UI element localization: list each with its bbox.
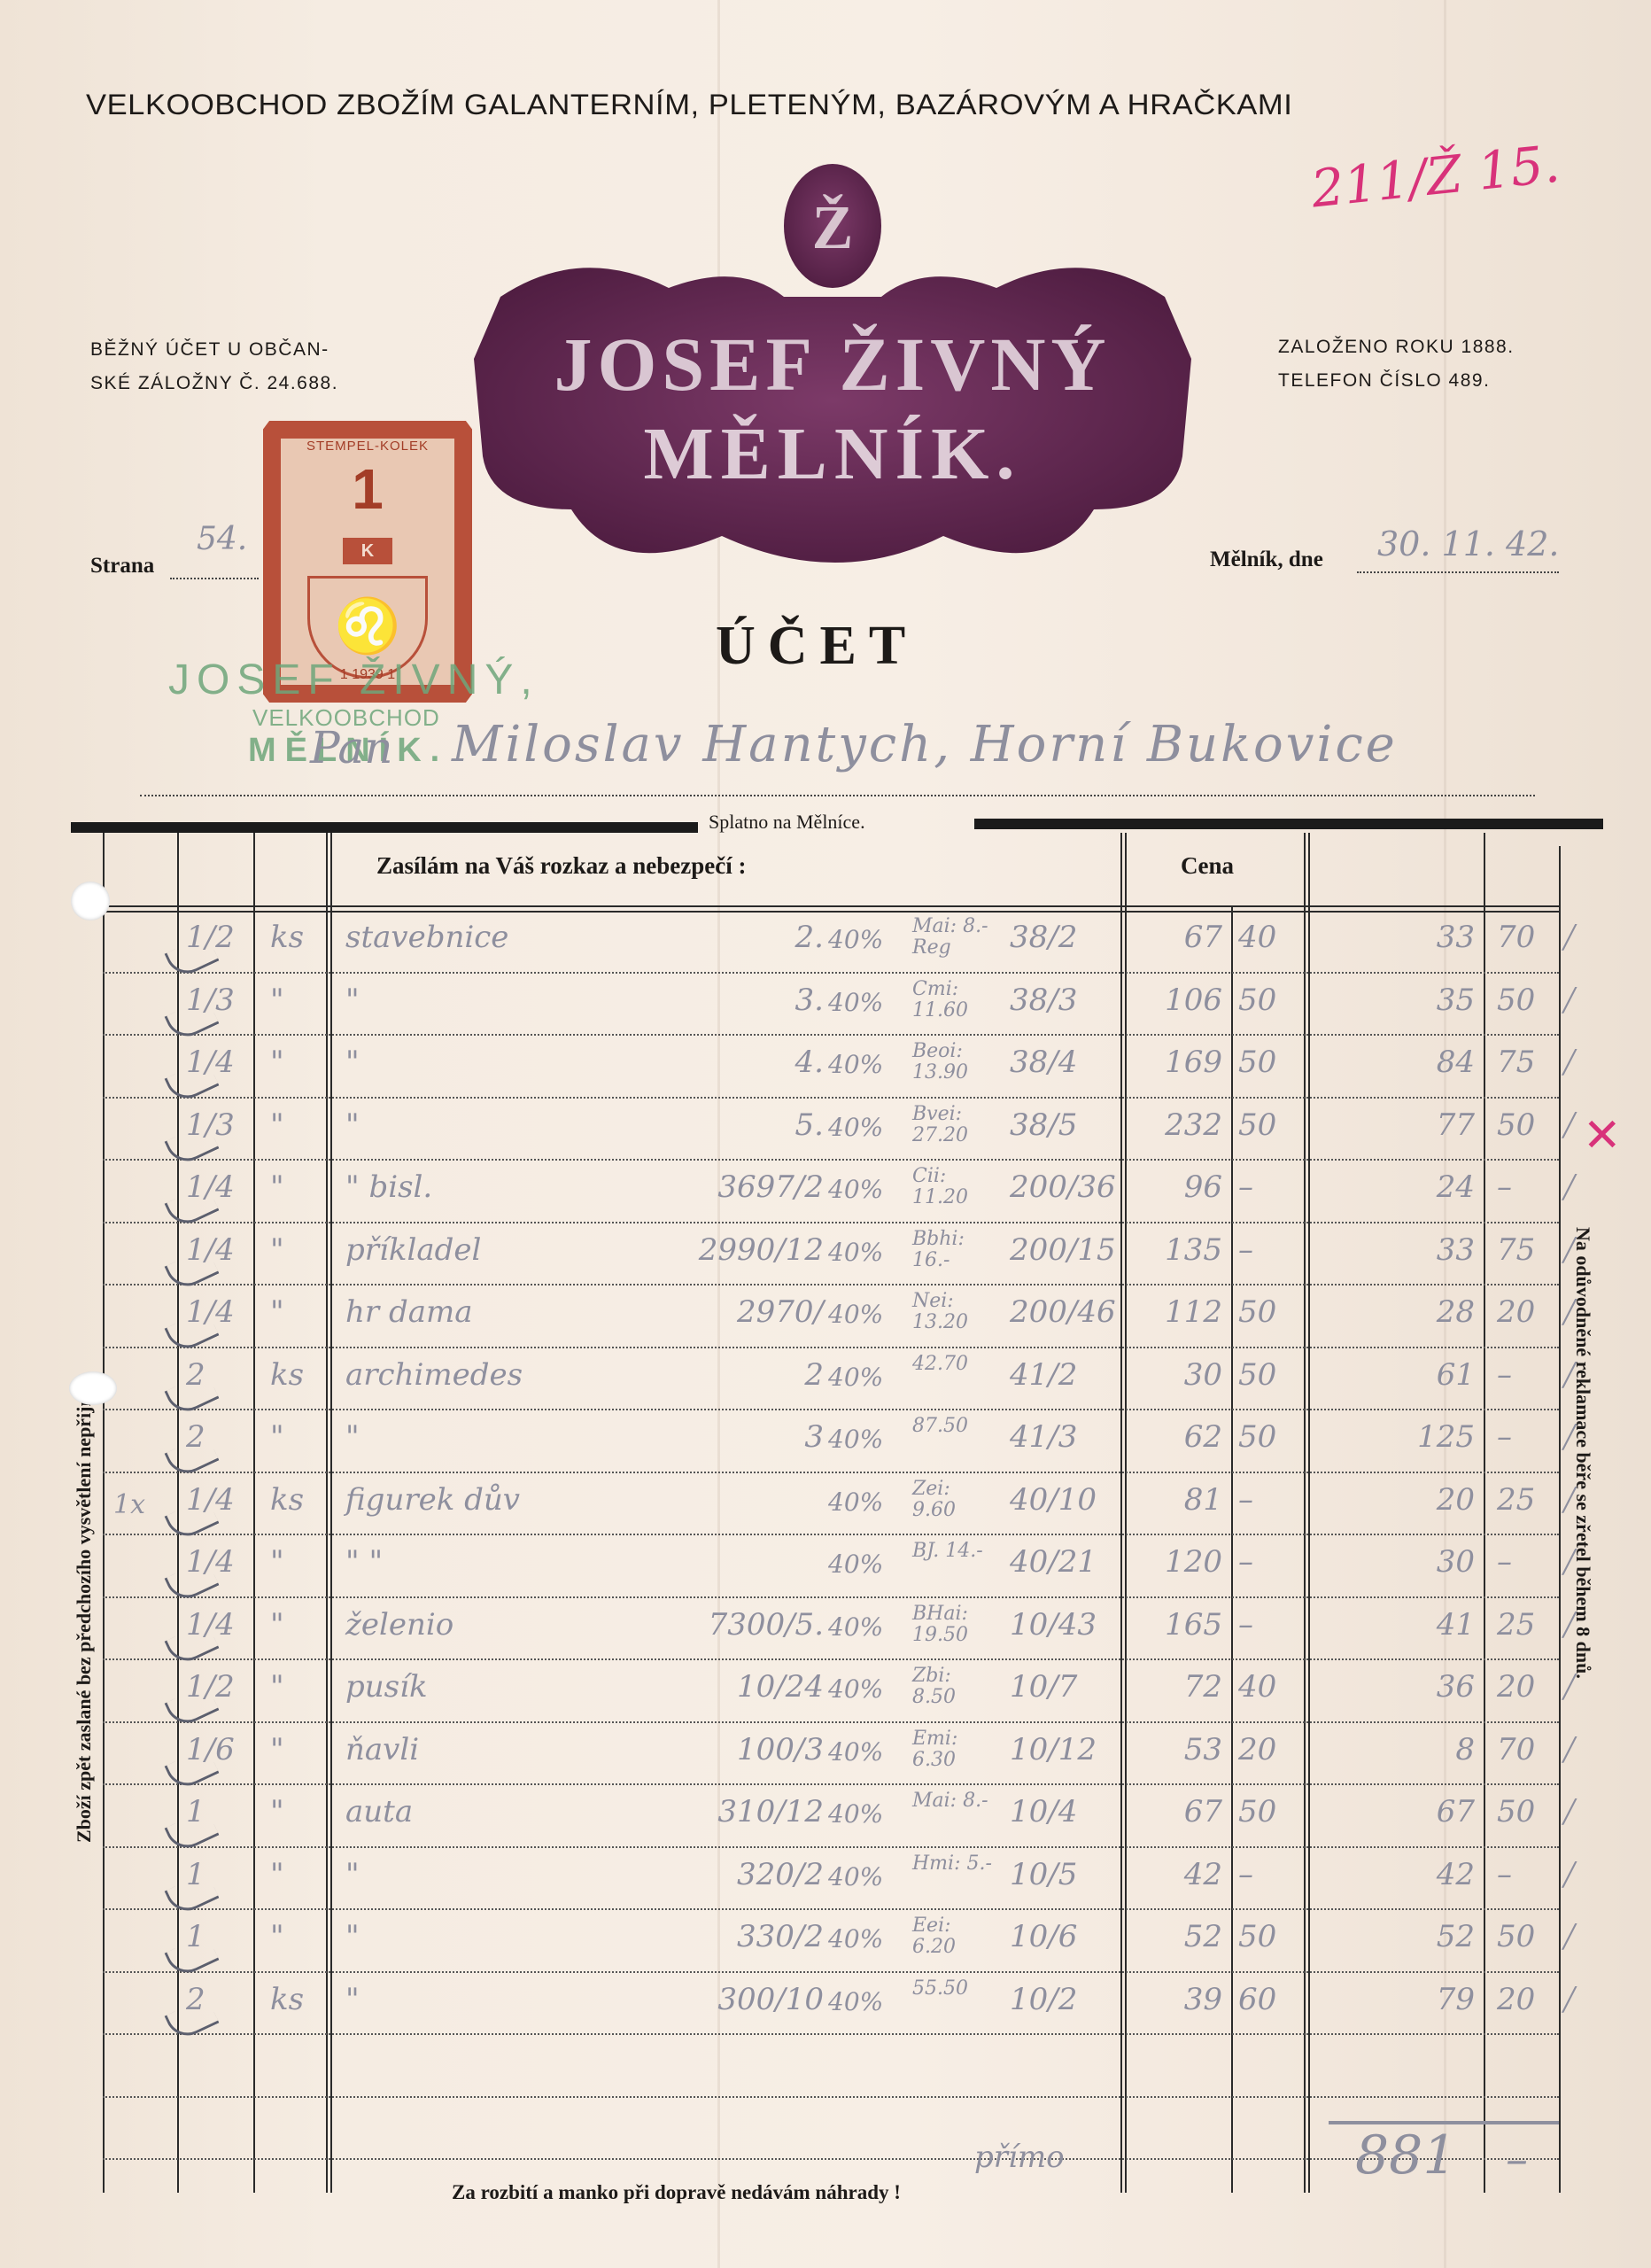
col-line — [326, 833, 328, 2193]
header-bar-left — [71, 822, 698, 833]
logo-city: MĚLNÍK. — [643, 413, 1021, 495]
row-price-h: 40 — [1238, 920, 1276, 955]
header-underline — [103, 905, 1559, 913]
row-note: Zei: 9.60 — [912, 1479, 996, 1521]
goods-header: Zasílám na Váš rozkaz a nebezpečí : — [376, 852, 747, 880]
row-article: 320/2 — [647, 1857, 824, 1892]
row-price-kc: 30 — [1129, 1357, 1222, 1393]
row-discount: 40% — [828, 1674, 883, 1704]
row-divider — [103, 1097, 1559, 1099]
row-item: příkladel — [345, 1232, 481, 1268]
row-price-h: – — [1238, 1169, 1253, 1205]
row-unit: " — [270, 1794, 284, 1829]
row-total-h: 50 — [1497, 1794, 1535, 1829]
row-article: 10/24 — [647, 1669, 824, 1705]
row-price-kc: 106 — [1129, 983, 1222, 1018]
row-unit: " — [270, 1045, 284, 1080]
row-total-kc: 41 — [1315, 1607, 1475, 1643]
row-divider — [103, 1347, 1559, 1348]
page-number: 54. — [197, 521, 247, 557]
row-divider — [103, 1971, 1559, 1973]
row-item: želenio — [345, 1607, 453, 1643]
col-line — [1125, 833, 1127, 2193]
row-total-h: 50 — [1497, 983, 1535, 1018]
row-price-h: 20 — [1238, 1732, 1276, 1767]
row-price-kc: 120 — [1129, 1544, 1222, 1580]
row-price-h: 50 — [1238, 983, 1276, 1018]
col-line — [1559, 846, 1561, 2193]
row-note: Emi: 6.30 — [912, 1728, 996, 1771]
row-price-kc: 81 — [1129, 1482, 1222, 1518]
col-line — [253, 833, 255, 2193]
tick-mark-icon: / — [1563, 1164, 1574, 1209]
row-reference: 10/6 — [1010, 1919, 1077, 1954]
row-total-kc: 61 — [1315, 1357, 1475, 1393]
row-price-h: – — [1238, 1544, 1253, 1580]
col-line — [1120, 833, 1122, 2193]
rubber-stamp-name: JOSEF ŽIVNÝ, — [168, 656, 539, 704]
row-total-h: – — [1497, 1357, 1512, 1393]
row-price-h: – — [1238, 1607, 1253, 1643]
row-price-h: – — [1238, 1232, 1253, 1268]
row-unit: " — [270, 1919, 284, 1954]
row-item: " " — [345, 1544, 383, 1580]
row-reference: 10/4 — [1010, 1794, 1077, 1829]
row-discount: 40% — [828, 1987, 883, 2016]
logo-plaque-icon: Ž JOSEF ŽIVNÝ MĚLNÍK. — [447, 164, 1213, 607]
row-note: Cii: 11.20 — [912, 1166, 996, 1208]
row-discount: 40% — [828, 1113, 883, 1142]
row-discount: 40% — [828, 1238, 883, 1267]
row-divider — [103, 1783, 1559, 1785]
row-price-kc: 39 — [1129, 1982, 1222, 2017]
row-divider — [103, 1472, 1559, 1473]
col-line — [1304, 833, 1306, 2193]
row-reference: 10/2 — [1010, 1982, 1077, 2017]
row-item: archimedes — [345, 1357, 523, 1393]
row-total-h: 50 — [1497, 1107, 1535, 1143]
row-unit: ks — [270, 1357, 304, 1393]
founded-year: ZALOŽENO ROKU 1888. — [1278, 330, 1515, 364]
row-total-kc: 36 — [1315, 1669, 1475, 1705]
row-discount: 40% — [828, 1050, 883, 1079]
row-total-h: – — [1497, 1419, 1512, 1455]
row-unit: " — [270, 983, 284, 1018]
row-discount: 40% — [828, 1550, 883, 1579]
row-total-h: – — [1497, 1857, 1512, 1892]
row-discount: 40% — [828, 1175, 883, 1204]
row-divider — [103, 2033, 1559, 2035]
row-divider — [103, 1034, 1559, 1036]
row-article: 100/3 — [647, 1732, 824, 1767]
row-total-kc: 79 — [1315, 1982, 1475, 2017]
row-price-kc: 52 — [1129, 1919, 1222, 1954]
row-divider — [103, 1658, 1559, 1660]
row-article: 2990/12 — [647, 1232, 824, 1268]
company-tagline: VELKOOBCHOD ZBOŽÍM GALANTERNÍM, PLETENÝM… — [86, 89, 1292, 121]
row-total-h: – — [1497, 1544, 1512, 1580]
row-article: 3697/2 — [647, 1169, 824, 1205]
row-price-h: 60 — [1238, 1982, 1276, 2017]
customer-dotline — [140, 795, 1535, 796]
row-total-h: 70 — [1497, 920, 1535, 955]
row-item: " — [345, 1919, 360, 1954]
col-line — [103, 833, 105, 2193]
row-note: Mai: 8.- — [912, 1790, 996, 1812]
row-total-h: 75 — [1497, 1232, 1535, 1268]
row-unit: ks — [270, 920, 304, 955]
row-reference: 38/5 — [1010, 1107, 1077, 1143]
date-dotline — [1357, 571, 1559, 573]
row-unit: " — [270, 1732, 284, 1767]
tick-mark-icon: / — [1563, 977, 1574, 1022]
row-reference: 10/43 — [1010, 1607, 1097, 1643]
payable-note: Splatno na Mělníce. — [709, 811, 865, 834]
row-article: 310/12 — [647, 1794, 824, 1829]
row-divider — [103, 1721, 1559, 1723]
row-unit: " — [270, 1107, 284, 1143]
row-total-kc: 30 — [1315, 1544, 1475, 1580]
row-discount: 40% — [828, 988, 883, 1017]
row-item: " — [345, 1419, 360, 1455]
row-total-kc: 33 — [1315, 920, 1475, 955]
stamp-value: 1 — [281, 456, 454, 522]
row-discount: 40% — [828, 1487, 883, 1517]
row-note: Bvei: 27.20 — [912, 1104, 996, 1146]
invoice-date: 30. 11. 42. — [1377, 524, 1559, 563]
logo-name: JOSEF ŽIVNÝ — [554, 322, 1111, 407]
row-price-h: 50 — [1238, 1419, 1276, 1455]
row-price-kc: 165 — [1129, 1607, 1222, 1643]
bank-account-info: BĚŽNÝ ÚČET U OBČAN- SKÉ ZÁLOŽNY Č. 24.68… — [90, 333, 338, 400]
row-reference: 200/46 — [1010, 1294, 1116, 1330]
damage-disclaimer: Za rozbití a manko při dopravě nedávám n… — [452, 2181, 901, 2204]
punch-hole — [71, 882, 110, 920]
row-total-kc: 24 — [1315, 1169, 1475, 1205]
row-item: " bisl. — [345, 1169, 432, 1205]
row-price-h: 50 — [1238, 1294, 1276, 1330]
row-article: 2. — [647, 920, 824, 955]
row-total-kc: 84 — [1315, 1045, 1475, 1080]
bank-line-1: BĚŽNÝ ÚČET U OBČAN- — [90, 333, 338, 367]
row-price-kc: 135 — [1129, 1232, 1222, 1268]
row-discount: 40% — [828, 1425, 883, 1454]
row-reference: 10/7 — [1010, 1669, 1077, 1705]
row-divider — [103, 2096, 1559, 2098]
row-total-h: 20 — [1497, 1982, 1535, 2017]
punch-hole — [69, 1371, 117, 1405]
row-mark: 1x — [113, 1489, 145, 1520]
row-total-kc: 77 — [1315, 1107, 1475, 1143]
row-price-h: – — [1238, 1482, 1253, 1518]
tick-mark-icon: / — [1563, 1852, 1574, 1897]
row-item: pusík — [345, 1669, 428, 1705]
row-item: " — [345, 1857, 360, 1892]
row-price-kc: 67 — [1129, 1794, 1222, 1829]
row-article: 4. — [647, 1045, 824, 1080]
row-total-h: 25 — [1497, 1607, 1535, 1643]
row-price-kc: 112 — [1129, 1294, 1222, 1330]
row-item: " — [345, 1107, 360, 1143]
grand-total-h: – — [1506, 2133, 1528, 2185]
customer-prefix: Pan — [310, 722, 392, 773]
row-article: 330/2 — [647, 1919, 824, 1954]
row-discount: 40% — [828, 1924, 883, 1953]
lion-icon: ♌ — [310, 594, 425, 657]
row-item: auta — [345, 1794, 413, 1829]
row-reference: 200/36 — [1010, 1169, 1116, 1205]
row-article: 3 — [647, 1419, 824, 1455]
row-reference: 200/15 — [1010, 1232, 1116, 1268]
row-article: 2970/ — [647, 1294, 824, 1330]
row-article: 2 — [647, 1357, 824, 1393]
row-total-h: 70 — [1497, 1732, 1535, 1767]
price-header: Cena — [1181, 852, 1234, 880]
row-total-kc: 20 — [1315, 1482, 1475, 1518]
row-reference: 38/3 — [1010, 983, 1077, 1018]
row-note: Mai: 8.- Reg — [912, 916, 996, 959]
col-line — [330, 833, 332, 2193]
row-note: Nei: 13.20 — [912, 1291, 996, 1333]
row-item: figurek dův — [345, 1482, 520, 1518]
row-unit: " — [270, 1169, 284, 1205]
row-discount: 40% — [828, 1737, 883, 1767]
row-price-kc: 42 — [1129, 1857, 1222, 1892]
row-unit: " — [270, 1232, 284, 1268]
row-total-kc: 8 — [1315, 1732, 1475, 1767]
tick-mark-icon: / — [1563, 1977, 1574, 2022]
row-total-h: – — [1497, 1169, 1512, 1205]
row-price-kc: 96 — [1129, 1169, 1222, 1205]
row-item: ňavli — [345, 1732, 419, 1767]
row-reference: 38/2 — [1010, 920, 1077, 955]
row-unit: " — [270, 1669, 284, 1705]
row-divider — [103, 1596, 1559, 1598]
row-unit: " — [270, 1607, 284, 1643]
row-unit: " — [270, 1544, 284, 1580]
tick-mark-icon: / — [1563, 1914, 1574, 1959]
row-note: 42.70 — [912, 1354, 996, 1375]
row-total-h: 25 — [1497, 1482, 1535, 1518]
row-divider — [103, 1222, 1559, 1223]
row-price-kc: 169 — [1129, 1045, 1222, 1080]
row-total-kc: 125 — [1315, 1419, 1475, 1455]
row-price-h: 50 — [1238, 1107, 1276, 1143]
row-discount: 40% — [828, 1612, 883, 1642]
row-divider — [103, 1159, 1559, 1161]
header-bar-right — [974, 819, 1603, 829]
row-total-kc: 35 — [1315, 983, 1475, 1018]
row-reference: 10/5 — [1010, 1857, 1077, 1892]
row-article: 7300/5. — [647, 1607, 824, 1643]
tick-mark-icon: / — [1563, 1727, 1574, 1772]
row-divider — [103, 1409, 1559, 1410]
row-note: Hmi: 5.- — [912, 1853, 996, 1875]
row-price-kc: 232 — [1129, 1107, 1222, 1143]
row-reference: 41/3 — [1010, 1419, 1077, 1455]
row-discount: 40% — [828, 1300, 883, 1329]
document-title: ÚČET — [716, 615, 918, 678]
red-x-mark-icon: ✕ — [1583, 1109, 1622, 1162]
place-date-label: Mělník, dne — [1210, 548, 1323, 572]
row-item: hr dama — [345, 1294, 473, 1330]
company-info: ZALOŽENO ROKU 1888. TELEFON ČÍSLO 489. — [1278, 330, 1515, 398]
phone-number: TELEFON ČÍSLO 489. — [1278, 364, 1515, 398]
row-price-h: 50 — [1238, 1794, 1276, 1829]
grand-total-kc: 881 — [1355, 2124, 1457, 2186]
row-price-h: 50 — [1238, 1919, 1276, 1954]
col-line — [1308, 833, 1310, 2193]
row-discount: 40% — [828, 925, 883, 954]
row-total-kc: 52 — [1315, 1919, 1475, 1954]
row-note: 55.50 — [912, 1978, 996, 2000]
bank-line-2: SKÉ ZÁLOŽNY Č. 24.688. — [90, 367, 338, 400]
customer-name: Miloslav Hantych, Horní Bukovice — [452, 716, 1398, 773]
row-note: BJ. 14.- — [912, 1541, 996, 1562]
row-item: " — [345, 1045, 360, 1080]
company-logo: Ž JOSEF ŽIVNÝ MĚLNÍK. — [447, 164, 1213, 607]
row-price-h: – — [1238, 1857, 1253, 1892]
row-price-kc: 67 — [1129, 920, 1222, 955]
row-reference: 40/21 — [1010, 1544, 1097, 1580]
row-discount: 40% — [828, 1363, 883, 1392]
row-note: 87.50 — [912, 1416, 996, 1437]
row-reference: 40/10 — [1010, 1482, 1097, 1518]
row-item: stavebnice — [345, 920, 508, 955]
row-article: 5. — [647, 1107, 824, 1143]
left-side-note: Zboží zpět zaslané bez předchozího vysvě… — [73, 1374, 96, 1843]
row-divider — [103, 1284, 1559, 1285]
row-total-h: 50 — [1497, 1919, 1535, 1954]
row-discount: 40% — [828, 1799, 883, 1829]
row-total-kc: 67 — [1315, 1794, 1475, 1829]
tick-mark-icon: / — [1563, 1102, 1574, 1147]
row-total-kc: 33 — [1315, 1232, 1475, 1268]
row-price-h: 50 — [1238, 1357, 1276, 1393]
col-line — [1231, 907, 1233, 2193]
row-divider — [103, 1534, 1559, 1535]
row-total-kc: 28 — [1315, 1294, 1475, 1330]
row-item: " — [345, 1982, 360, 2017]
row-divider — [103, 2158, 1559, 2160]
row-item: " — [345, 983, 360, 1018]
row-divider — [103, 1908, 1559, 1910]
row-unit: " — [270, 1294, 284, 1330]
right-side-note: Na odůvodněné reklamace běře se zřetel b… — [1571, 1227, 1594, 1679]
total-label: přímo — [974, 2140, 1065, 2175]
row-divider — [103, 1846, 1559, 1848]
row-article: 300/10 — [647, 1982, 824, 2017]
row-price-h: 50 — [1238, 1045, 1276, 1080]
row-total-h: 20 — [1497, 1669, 1535, 1705]
row-total-h: 20 — [1497, 1294, 1535, 1330]
row-unit: " — [270, 1419, 284, 1455]
row-unit: " — [270, 1857, 284, 1892]
tick-mark-icon: / — [1563, 1039, 1574, 1084]
row-article: 3. — [647, 983, 824, 1018]
row-note: BHai: 19.50 — [912, 1604, 996, 1646]
stamp-unit: K — [343, 538, 392, 564]
page-label: Strana — [90, 554, 154, 579]
row-price-h: 40 — [1238, 1669, 1276, 1705]
row-unit: ks — [270, 1482, 304, 1518]
row-discount: 40% — [828, 1862, 883, 1891]
col-line — [1484, 833, 1485, 2193]
row-total-h: 75 — [1497, 1045, 1535, 1080]
row-divider — [103, 972, 1559, 974]
tick-mark-icon: / — [1563, 1789, 1574, 1834]
tick-mark-icon: / — [1563, 914, 1574, 959]
row-reference: 38/4 — [1010, 1045, 1077, 1080]
row-reference: 10/12 — [1010, 1732, 1097, 1767]
row-note: Bbhi: 16.- — [912, 1229, 996, 1271]
row-price-kc: 53 — [1129, 1732, 1222, 1767]
svg-text:Ž: Ž — [812, 194, 854, 262]
row-total-kc: 42 — [1315, 1857, 1475, 1892]
row-reference: 41/2 — [1010, 1357, 1077, 1393]
row-note: Zbi: 8.50 — [912, 1666, 996, 1708]
row-note: Eei: 6.20 — [912, 1915, 996, 1958]
page-dotline — [170, 578, 259, 579]
row-unit: ks — [270, 1982, 304, 2017]
row-note: Beoi: 13.90 — [912, 1041, 996, 1084]
row-note: Cmi: 11.60 — [912, 979, 996, 1021]
row-price-kc: 72 — [1129, 1669, 1222, 1705]
row-price-kc: 62 — [1129, 1419, 1222, 1455]
stamp-top-text: STEMPEL-KOLEK — [281, 439, 454, 454]
